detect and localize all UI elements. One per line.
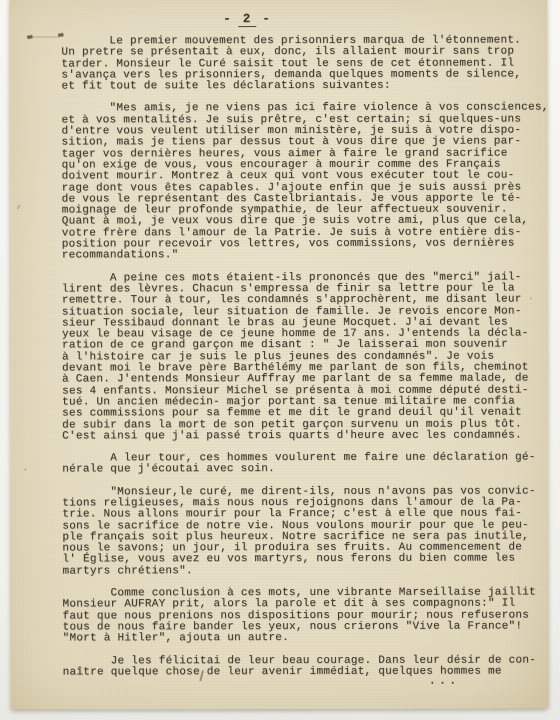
staple-line <box>31 36 59 37</box>
paragraph-men-declaration: "Monsieur,le curé, me dirent-ils, nous n… <box>62 486 546 577</box>
page-number-dash-left: - <box>223 12 232 26</box>
paper-speck <box>24 469 26 471</box>
scan-background: -2- Le premier mouvement des prisonniers… <box>0 0 560 720</box>
document-page: -2- Le premier mouvement des prisonniers… <box>9 0 548 710</box>
paragraph-closing: Je les félicitai de leur beau courage. D… <box>63 655 547 679</box>
paragraph-opening: Le premier mouvement des prisonniers mar… <box>61 35 545 92</box>
page-number: -2- <box>217 12 277 26</box>
paragraph-marseillaise: Comme conclusion à ces mots, une vibrant… <box>62 588 546 645</box>
paragraph-cure-speech: "Mes amis, je ne viens pas ici faire vio… <box>61 103 545 262</box>
paragraph-declaration-intro: A leur tour, ces hommes voulurent me fai… <box>62 453 546 477</box>
paragraph-condemned-men: A peine ces mots étaient-ils prononcés q… <box>62 272 546 442</box>
paper-speck <box>17 204 21 209</box>
document-body: Le premier mouvement des prisonniers mar… <box>61 35 546 689</box>
page-number-dash-right: - <box>262 12 271 26</box>
page-number-value: 2 <box>238 12 257 27</box>
continuation-ellipsis: ... <box>429 674 460 688</box>
